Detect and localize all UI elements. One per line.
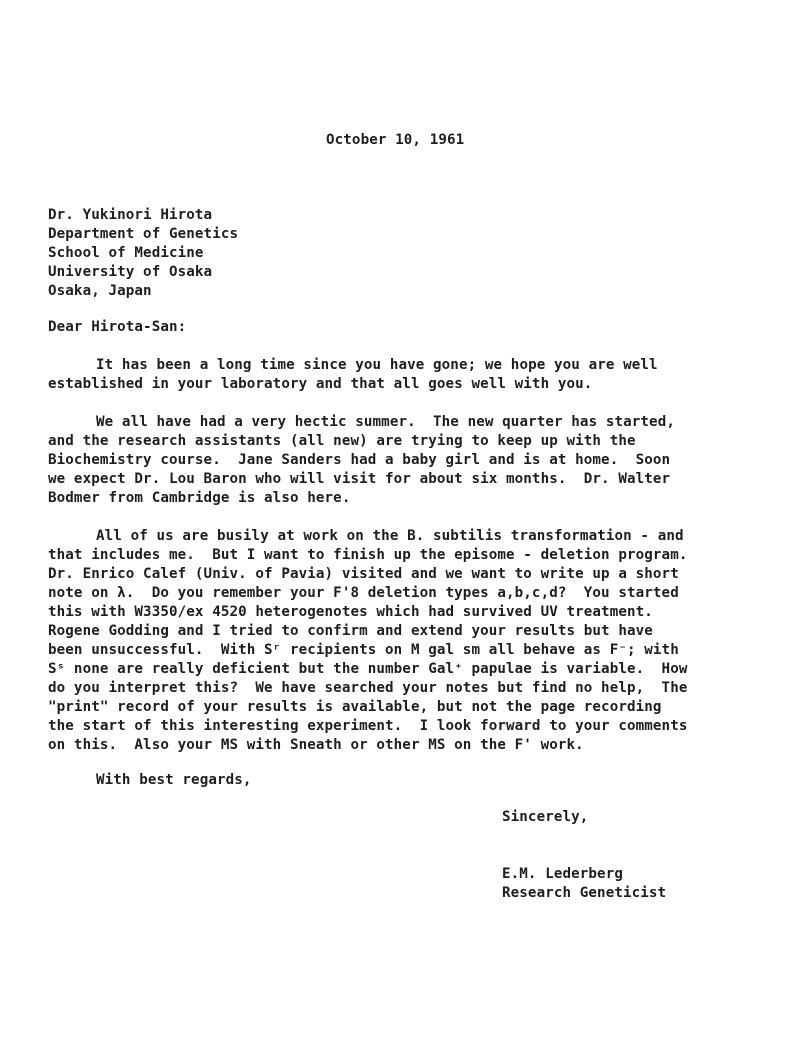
paragraph-line: on this. Also your MS with Sneath or oth… — [48, 736, 768, 755]
salutation: Dear Hirota-San: — [48, 318, 186, 337]
regards: With best regards, — [96, 771, 252, 790]
signature-name: E.M. Lederberg — [502, 865, 623, 884]
recipient-city: Osaka, Japan — [48, 282, 152, 301]
paragraph-line: Dr. Enrico Calef (Univ. of Pavia) visite… — [48, 565, 768, 584]
letter-date: October 10, 1961 — [326, 131, 464, 150]
paragraph-3: All of us are busily at work on the B. s… — [48, 527, 768, 755]
recipient-university: University of Osaka — [48, 263, 212, 282]
paragraph-line: note on λ. Do you remember your F'8 dele… — [48, 584, 768, 603]
paragraph-line: Bodmer from Cambridge is also here. — [48, 489, 768, 508]
paragraph-2: We all have had a very hectic summer. Th… — [48, 413, 768, 508]
paragraph-line: the start of this interesting experiment… — [48, 717, 768, 736]
paragraph-line: established in your laboratory and that … — [48, 375, 768, 394]
paragraph-line: been unsuccessful. With Sʳ recipients on… — [48, 641, 768, 660]
paragraph-line: this with W3350/ex 4520 heterogenotes wh… — [48, 603, 768, 622]
paragraph-line: Sˢ none are really deficient but the num… — [48, 660, 768, 679]
paragraph-line: It has been a long time since you have g… — [48, 356, 768, 375]
paragraph-line: do you interpret this? We have searched … — [48, 679, 768, 698]
paragraph-line: that includes me. But I want to finish u… — [48, 546, 768, 565]
paragraph-line: "print" record of your results is availa… — [48, 698, 768, 717]
paragraph-line: All of us are busily at work on the B. s… — [48, 527, 768, 546]
paragraph-line: and the research assistants (all new) ar… — [48, 432, 768, 451]
paragraph-line: Rogene Godding and I tried to confirm an… — [48, 622, 768, 641]
paragraph-line: Biochemistry course. Jane Sanders had a … — [48, 451, 768, 470]
recipient-department: Department of Genetics — [48, 225, 238, 244]
paragraph-line: we expect Dr. Lou Baron who will visit f… — [48, 470, 768, 489]
closing: Sincerely, — [502, 808, 588, 827]
recipient-school: School of Medicine — [48, 244, 204, 263]
paragraph-line: We all have had a very hectic summer. Th… — [48, 413, 768, 432]
recipient-name: Dr. Yukinori Hirota — [48, 206, 212, 225]
paragraph-1: It has been a long time since you have g… — [48, 356, 768, 394]
signature-title: Research Geneticist — [502, 884, 666, 903]
